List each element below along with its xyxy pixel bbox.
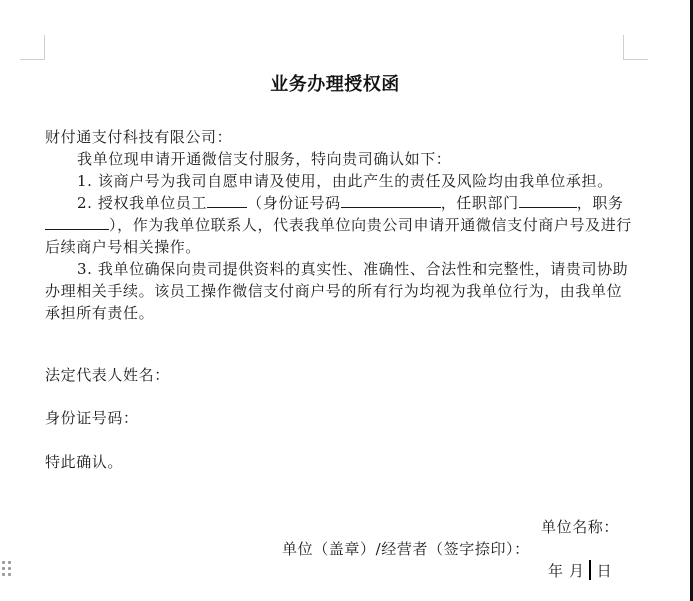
salutation[interactable]: 财付通支付科技有限公司： (45, 126, 637, 148)
confirmation-text[interactable]: 特此确认。 (45, 451, 123, 473)
crop-mark-top-right-horizontal (623, 59, 648, 60)
day-label: 日 (597, 562, 613, 580)
document-body[interactable]: 财付通支付科技有限公司： 我单位现申请开通微信支付服务，特向贵司确认如下： 1.… (45, 126, 637, 324)
item-1-paragraph[interactable]: 1. 该商户号为我司自愿申请及使用，由此产生的责任及风险均由我单位承担。 (45, 170, 637, 192)
month-label: 月 (569, 562, 585, 580)
item-2-paragraph[interactable]: 2. 授权我单位员工（身份证号码，任职部门，职务），作为我单位联系人，代表我单位… (45, 192, 637, 258)
company-name-label[interactable]: 单位名称： (541, 516, 619, 538)
position-blank[interactable] (45, 214, 109, 230)
employee-name-blank[interactable] (207, 192, 247, 208)
drag-handle-icon[interactable] (2, 561, 12, 579)
item-2-text-2: （身份证号码 (247, 194, 341, 212)
seal-signature-label[interactable]: 单位（盖章）/经营者（签字捺印）： (282, 538, 530, 560)
item-3-paragraph[interactable]: 3. 我单位确保向贵司提供资料的真实性、准确性、合法性和完整性，请贵司协助办理相… (45, 258, 637, 324)
id-number-blank[interactable] (341, 192, 441, 208)
crop-mark-top-right-vertical (623, 35, 624, 60)
date-line[interactable]: 年 月日 (548, 560, 612, 582)
text-cursor (589, 560, 591, 580)
item-2-text-3: ，任职部门 (441, 194, 519, 212)
intro-paragraph[interactable]: 我单位现申请开通微信支付服务，特向贵司确认如下： (45, 148, 637, 170)
year-label: 年 (548, 562, 564, 580)
item-2-text-1: 2. 授权我单位员工 (77, 194, 207, 212)
item-2-text-5: ），作为我单位联系人，代表我单位向贵公司申请开通微信支付商户号及进行后续商户号相… (45, 216, 632, 256)
crop-mark-top-left-vertical (44, 35, 45, 60)
department-blank[interactable] (519, 192, 577, 208)
document-page[interactable]: 业务办理授权函 财付通支付科技有限公司： 我单位现申请开通微信支付服务，特向贵司… (0, 0, 690, 601)
item-2-text-4: ，职务 (577, 194, 624, 212)
legal-representative-label[interactable]: 法定代表人姓名： (45, 364, 170, 386)
id-number-label[interactable]: 身份证号码： (45, 407, 139, 429)
crop-mark-top-left-horizontal (20, 59, 45, 60)
document-title[interactable]: 业务办理授权函 (0, 70, 670, 96)
